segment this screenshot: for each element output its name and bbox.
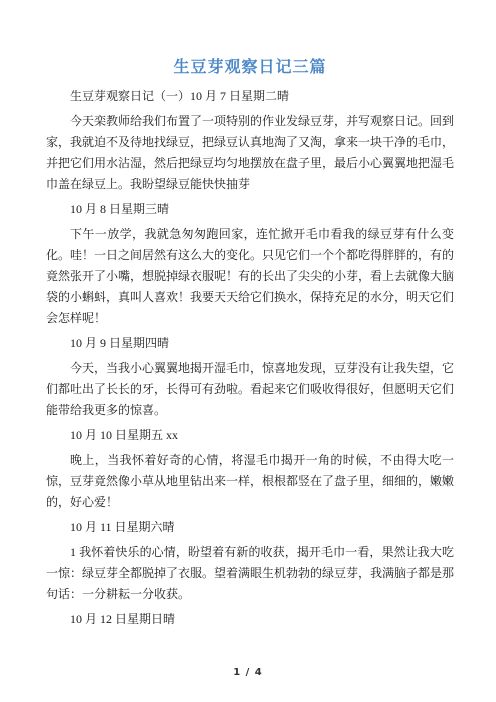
entry-date-heading: 10 月 9 日星期四晴	[46, 333, 454, 354]
entry-date-heading: 10 月 8 日星期三晴	[46, 199, 454, 220]
entry-paragraph: 晚上，当我怀着好奇的心情，将湿毛巾揭开一角的时候，不由得大吃一惊，豆芽竟然像小草…	[46, 450, 454, 513]
entry-date-heading: 10 月 12 日星期日晴	[46, 609, 454, 630]
entry-paragraph: 今天，当我小心翼翼地揭开湿毛巾，惊喜地发现，豆芽没有让我失望，它们都吐出了长长的…	[46, 358, 454, 421]
page-number-indicator: 1 / 4	[0, 667, 496, 678]
entry-paragraph: 下午一放学，我就急匆匆跑回家，连忙掀开毛巾看我的绿豆芽有什么变化。哇！一日之间居…	[46, 224, 454, 329]
entry-date-heading: 10 月 10 日星期五 xx	[46, 425, 454, 446]
document-page: 生豆芽观察日记三篇 生豆芽观察日记（一）10 月 7 日星期二晴今天栾教师给我们…	[0, 0, 496, 702]
entry-paragraph: 今天栾教师给我们布置了一项特别的作业发绿豆芽，并写观察日记。回到家，我就迫不及待…	[46, 111, 454, 195]
entry-date-heading: 10 月 11 日星期六晴	[46, 517, 454, 538]
entry-paragraph: 1 我怀着快乐的心情，盼望着有新的收获，揭开毛巾一看，果然让我大吃一惊：绿豆芽全…	[46, 542, 454, 605]
document-title: 生豆芽观察日记三篇	[46, 54, 454, 80]
document-body: 生豆芽观察日记（一）10 月 7 日星期二晴今天栾教师给我们布置了一项特别的作业…	[46, 86, 454, 630]
entry-date-heading: 生豆芽观察日记（一）10 月 7 日星期二晴	[46, 86, 454, 107]
